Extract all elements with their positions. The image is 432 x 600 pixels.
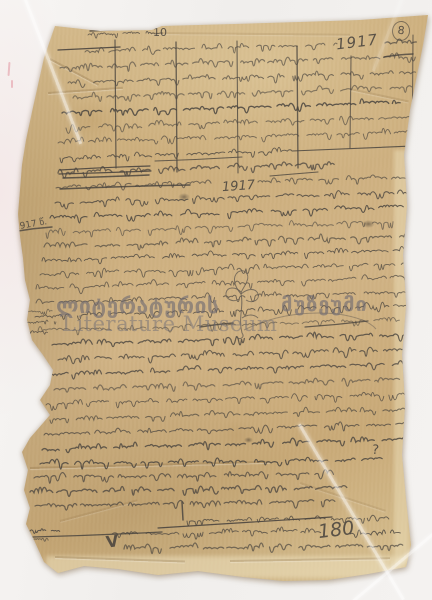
handwriting-line [52, 329, 411, 351]
scanned-manuscript: 10 1917 8 1917 წ. 1917 180 V ? ლიტერატურ… [0, 0, 432, 600]
handwriting-line [42, 245, 414, 266]
museum-emblem-doodle [236, 333, 243, 339]
strike-mark [58, 47, 120, 50]
strike-mark [115, 40, 116, 168]
pencil-smudge [178, 193, 190, 201]
year-annotation-inline: 1917 [222, 178, 256, 195]
handwriting-line [42, 434, 413, 455]
strike-mark [292, 146, 413, 151]
handwriting-line [50, 404, 411, 425]
handwriting-line [30, 529, 60, 534]
handwriting-line [34, 469, 334, 483]
handwriting-line [350, 529, 400, 537]
handwriting-line [35, 499, 335, 512]
handwriting-line [68, 68, 416, 89]
handwriting-line [58, 127, 410, 148]
handwriting-line [44, 419, 416, 440]
handwriting-line [258, 174, 415, 187]
museum-emblem-doodle [241, 294, 242, 333]
strike-mark [176, 42, 177, 172]
handwriting-line [50, 203, 404, 224]
handwriting-line [54, 376, 400, 395]
number-annotation-bottom: 180 [317, 517, 356, 543]
handwriting-line [27, 320, 56, 325]
ink-layer: 10 1917 8 1917 წ. 1917 180 V ? ლიტერატურ… [0, 0, 432, 600]
strike-mark [270, 172, 318, 176]
strike-mark [297, 46, 298, 168]
museum-emblem-doodle [226, 288, 241, 301]
handwriting-line [35, 301, 415, 323]
handwriting-layer [0, 0, 432, 600]
handwriting-line [28, 309, 52, 315]
strike-mark [182, 502, 183, 520]
strike-mark [155, 157, 242, 161]
handwriting-line [44, 231, 408, 253]
handwriting-line [30, 484, 347, 498]
strike-mark [33, 532, 162, 537]
handwriting-line [62, 98, 400, 119]
handwriting-line [36, 287, 406, 308]
handwriting-line [46, 218, 393, 240]
handwriting-line [124, 540, 403, 554]
checkmark-annotation: V [105, 531, 120, 552]
strike-mark [63, 175, 149, 178]
handwriting-line [48, 359, 412, 380]
handwriting-line [46, 390, 411, 411]
handwriting-line [66, 113, 411, 134]
handwriting-line [40, 259, 419, 281]
handwriting-line [40, 455, 382, 469]
strike-mark [237, 41, 238, 173]
handwriting-line [58, 345, 406, 367]
pencil-smudge [244, 437, 253, 443]
handwriting-line [88, 31, 163, 39]
handwriting-line [85, 40, 337, 57]
handwriting-line [58, 160, 334, 179]
strike-mark [158, 517, 332, 528]
pencil-smudge [362, 220, 375, 228]
